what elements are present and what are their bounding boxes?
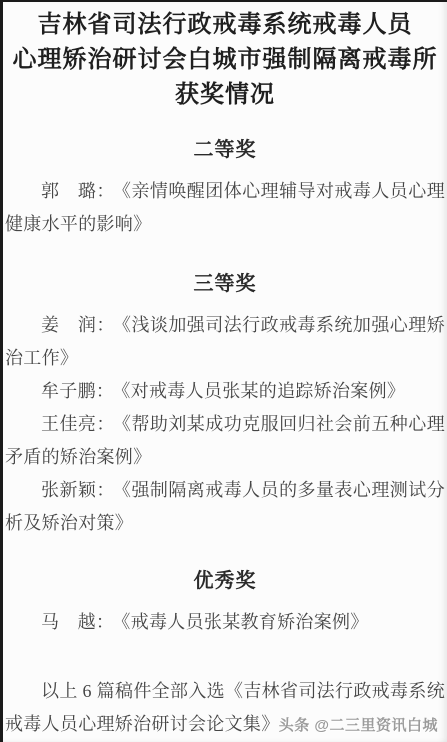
document-title-line-3: 获奖情况 <box>175 82 275 108</box>
award-entry: 张新颖：《强制隔离戒毒人员的多量表心理测试分析及矫治对策》 <box>5 474 445 540</box>
document-title-line-1: 吉林省司法行政戒毒系统戒毒人员 <box>38 12 413 38</box>
award-entry: 郭 璐：《亲情唤醒团体心理辅导对戒毒人员心理健康水平的影响》 <box>5 175 445 241</box>
awardee-name: 姜 润： <box>41 315 115 335</box>
awardee-name: 张新颖： <box>41 480 115 500</box>
document-title-line-2: 心理矫治研讨会白城市强制隔离戒毒所 <box>13 47 438 73</box>
awardee-name: 王佳亮： <box>41 414 115 434</box>
awardee-name: 牟子鹏： <box>41 381 114 401</box>
toutiao-watermark: 头条 @二三里资讯白城 <box>279 714 438 735</box>
awardee-name: 郭 璐： <box>41 181 115 201</box>
award-entry: 牟子鹏：《对戒毒人员张某的追踪矫治案例》 <box>5 375 445 408</box>
document-page: 吉林省司法行政戒毒系统戒毒人员 心理矫治研讨会白城市强制隔离戒毒所 获奖情况 二… <box>0 0 447 742</box>
section-heading-second-prize: 二等奖 <box>5 139 445 161</box>
section-heading-merit-award: 优秀奖 <box>5 570 445 592</box>
award-entry: 王佳亮：《帮助刘某成功克服回归社会前五种心理矛盾的矫治案例》 <box>5 408 445 474</box>
award-entry: 姜 润：《浅谈加强司法行政戒毒系统加强心理矫治工作》 <box>5 309 445 375</box>
document-title: 吉林省司法行政戒毒系统戒毒人员 心理矫治研讨会白城市强制隔离戒毒所 获奖情况 <box>5 8 445 113</box>
work-title: 《对戒毒人员张某的追踪矫治案例》 <box>121 381 405 401</box>
awardee-name: 马 越： <box>41 612 114 632</box>
award-entry: 马 越：《戒毒人员张某教育矫治案例》 <box>5 606 445 639</box>
work-title: 《戒毒人员张某教育矫治案例》 <box>121 612 368 632</box>
section-heading-third-prize: 三等奖 <box>5 273 445 295</box>
